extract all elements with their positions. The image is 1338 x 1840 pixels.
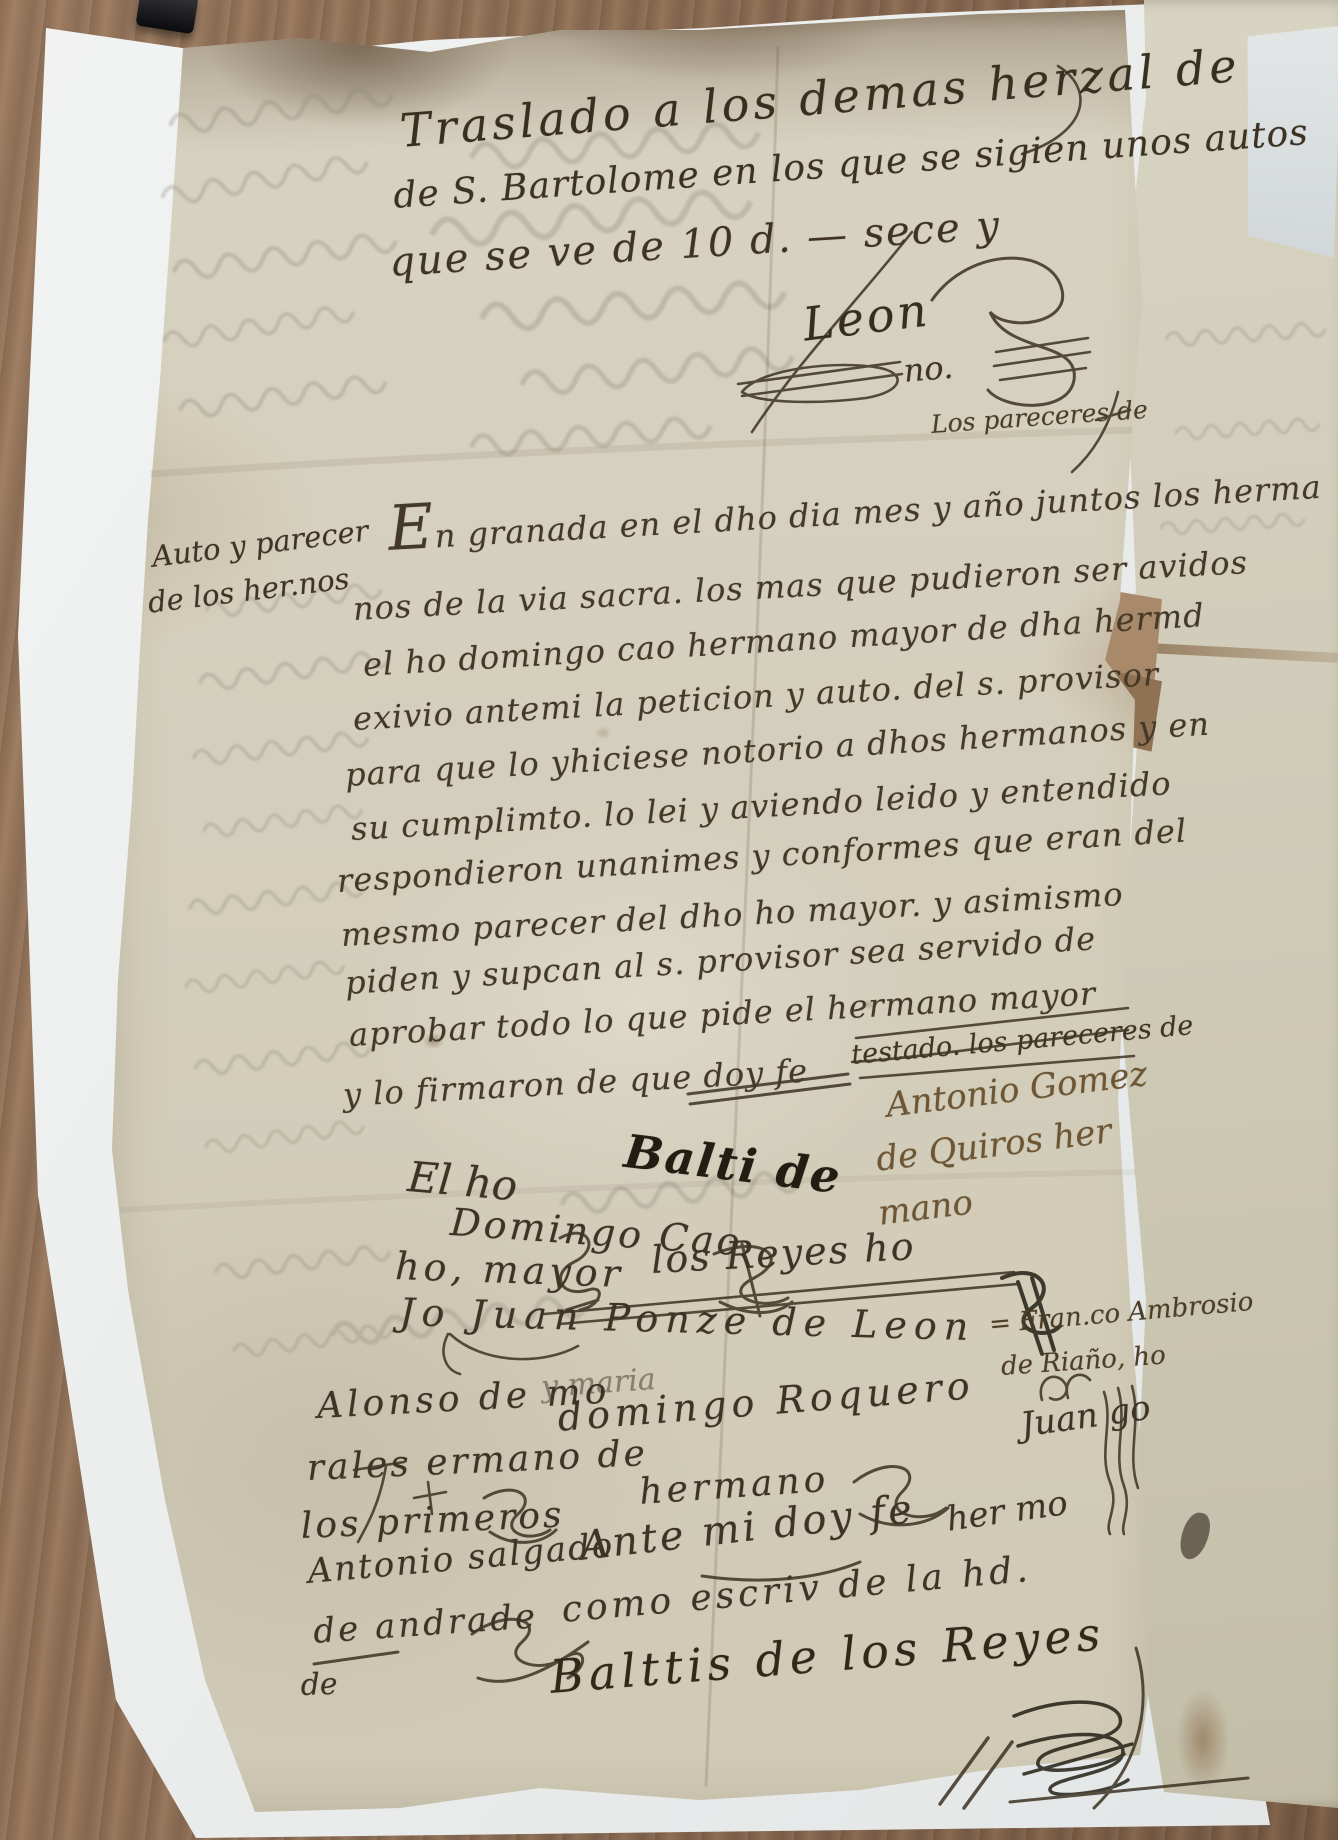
brown-stain: [1176, 1688, 1230, 1792]
signature-de-abbreviation: de: [300, 1667, 338, 1703]
photo-of-manuscript: Traslado a los demas herzal de de S. Bar…: [0, 0, 1338, 1840]
notary-no-abbreviation: no.: [902, 348, 955, 390]
signature-ho-mayor: ho, mayor: [394, 1244, 624, 1296]
